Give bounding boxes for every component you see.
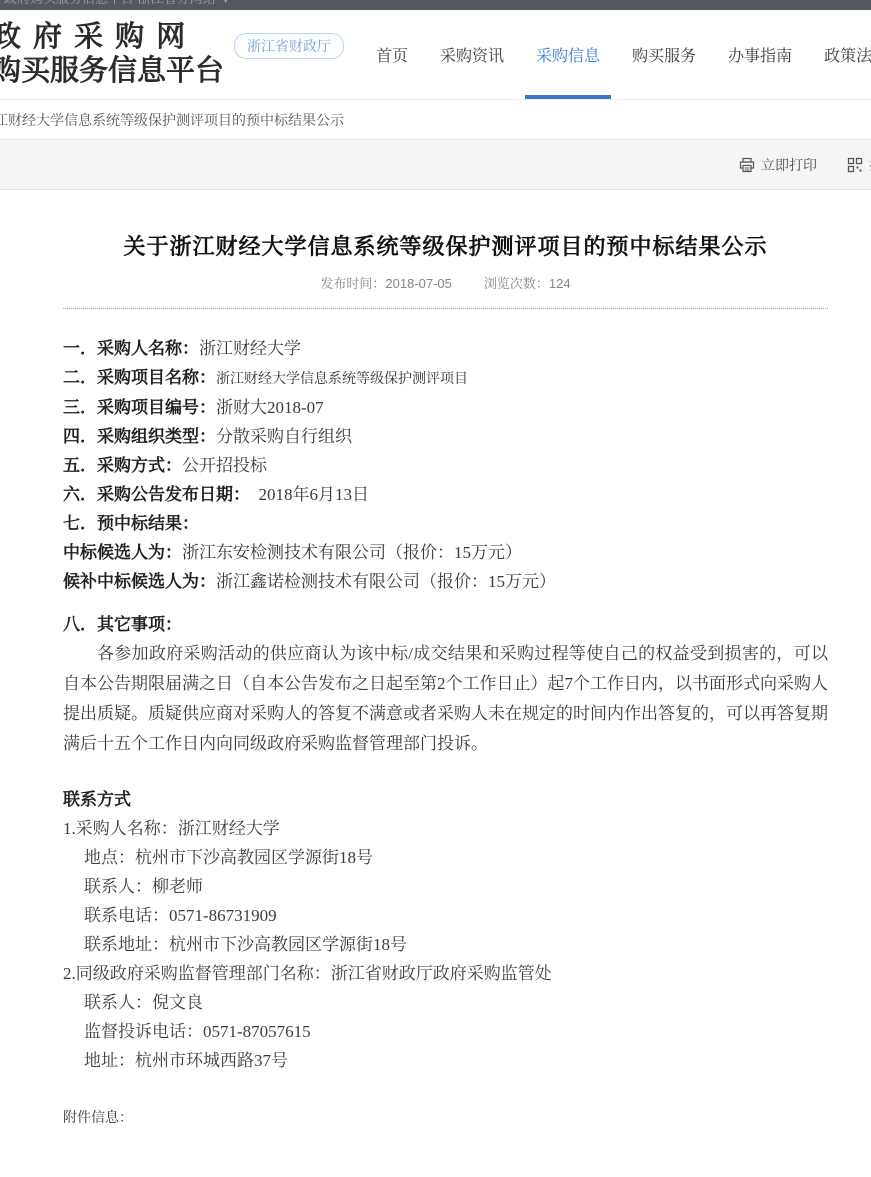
tool-band: 立即打印 扫 — [0, 139, 871, 190]
nav-item-guide[interactable]: 办事指南 — [728, 10, 792, 99]
article-meta: 发布时间：2018-07-05 浏览次数：124 — [63, 273, 828, 292]
nav-item-policy[interactable]: 政策法规 — [824, 10, 871, 99]
contact-line: 地址：杭州市环城西路37号 — [63, 1046, 828, 1075]
printer-icon — [739, 157, 755, 173]
field-row: 三．采购项目编号：浙财大2018-07 — [63, 393, 828, 422]
view-count: 浏览次数：124 — [484, 273, 571, 292]
nav-item-procurement-info[interactable]: 采购信息 — [536, 10, 600, 99]
top-strip: 政府购买服务信息平台 浙江省分网站 ▼ — [0, 0, 871, 10]
publish-date: 发布时间：2018-07-05 — [320, 273, 452, 292]
main-nav: 首页 采购资讯 采购信息 购买服务 办事指南 政策法规 — [344, 10, 871, 99]
field-row: 一．采购人名称：浙江财经大学 — [63, 334, 828, 363]
other-matters-label: 八．其它事项： — [63, 610, 828, 639]
nav-item-purchase-service[interactable]: 购买服务 — [632, 10, 696, 99]
field-label: 六．采购公告发布日期： — [63, 485, 242, 504]
print-button-label: 立即打印 — [761, 155, 817, 175]
field-label: 二．采购项目名称： — [63, 368, 216, 387]
nav-item-home[interactable]: 首页 — [376, 10, 408, 99]
contact-line: 地点：杭州市下沙高教园区学源街18号 — [63, 843, 828, 872]
region-badge: 浙江省财政厅 — [234, 33, 344, 59]
article-body: 一．采购人名称：浙江财经大学 二．采购项目名称：浙江财经大学信息系统等级保护测评… — [63, 334, 828, 1127]
field-row: 七．预中标结果： — [63, 509, 828, 538]
field-value: 公开招投标 — [182, 456, 267, 475]
qr-code-icon — [847, 157, 863, 173]
contact-line: 1.采购人名称：浙江财经大学 — [63, 814, 828, 843]
field-label: 候补中标候选人为： — [63, 572, 216, 591]
field-row: 五．采购方式：公开招投标 — [63, 451, 828, 480]
field-row: 二．采购项目名称：浙江财经大学信息系统等级保护测评项目 — [63, 363, 828, 393]
field-value: 2018年6月13日 — [242, 485, 370, 504]
field-value: 浙江东安检测技术有限公司（报价：15万元） — [182, 543, 522, 562]
print-button[interactable]: 立即打印 — [739, 155, 817, 175]
field-row: 四．采购组织类型：分散采购自行组织 — [63, 422, 828, 451]
breadcrumb: 江财经大学信息系统等级保护测评项目的预中标结果公示 — [0, 110, 344, 130]
page-title: 关于浙江财经大学信息系统等级保护测评项目的预中标结果公示 — [63, 232, 828, 262]
field-value: 分散采购自行组织 — [216, 427, 352, 446]
other-matters-paragraph: 各参加政府采购活动的供应商认为该中标/成交结果和采购过程等使自己的权益受到损害的… — [63, 639, 828, 759]
site-logo[interactable]: 政 府 采 购 网 购买服务信息平台 — [0, 21, 224, 88]
contact-section: 联系方式 1.采购人名称：浙江财经大学 地点：杭州市下沙高教园区学源街18号 联… — [63, 785, 828, 1075]
site-switcher[interactable]: 政府购买服务信息平台 浙江省分网站 ▼ — [4, 0, 232, 9]
breadcrumb-row: 江财经大学信息系统等级保护测评项目的预中标结果公示 — [0, 100, 871, 139]
header: 政 府 采 购 网 购买服务信息平台 浙江省财政厅 首页 采购资讯 采购信息 购… — [0, 10, 871, 100]
contact-line: 联系人：倪文良 — [63, 988, 828, 1017]
field-value: 浙江财经大学信息系统等级保护测评项目 — [216, 370, 468, 386]
field-label: 七．预中标结果： — [63, 514, 199, 533]
field-value: 浙财大2018-07 — [216, 398, 324, 417]
field-label: 三．采购项目编号： — [63, 398, 216, 417]
field-label: 四．采购组织类型： — [63, 427, 216, 446]
field-row: 候补中标候选人为：浙江鑫诺检测技术有限公司（报价：15万元） — [63, 567, 828, 596]
attachments-label: 附件信息： — [63, 1107, 828, 1127]
article: 关于浙江财经大学信息系统等级保护测评项目的预中标结果公示 发布时间：2018-0… — [0, 190, 871, 1127]
logo-line1: 政 府 采 购 网 — [0, 21, 224, 54]
other-matters-section: 八．其它事项： 各参加政府采购活动的供应商认为该中标/成交结果和采购过程等使自己… — [63, 610, 828, 759]
field-row: 六．采购公告发布日期： 2018年6月13日 — [63, 480, 828, 509]
field-label: 一．采购人名称： — [63, 339, 199, 358]
divider — [63, 308, 828, 309]
field-label: 五．采购方式： — [63, 456, 182, 475]
contact-line: 联系地址：杭州市下沙高教园区学源街18号 — [63, 930, 828, 959]
contact-line: 2.同级政府采购监督管理部门名称：浙江省财政厅政府采购监管处 — [63, 959, 828, 988]
logo-line2: 购买服务信息平台 — [0, 55, 224, 88]
field-row: 中标候选人为：浙江东安检测技术有限公司（报价：15万元） — [63, 538, 828, 567]
field-value: 浙江鑫诺检测技术有限公司（报价：15万元） — [216, 572, 556, 591]
contact-line: 联系电话：0571-86731909 — [63, 901, 828, 930]
field-label: 中标候选人为： — [63, 543, 182, 562]
contact-line: 联系人：柳老师 — [63, 872, 828, 901]
contact-line: 监督投诉电话：0571-87057615 — [63, 1017, 828, 1046]
scan-button[interactable]: 扫 — [847, 155, 871, 175]
field-value: 浙江财经大学 — [199, 339, 301, 358]
nav-item-news[interactable]: 采购资讯 — [440, 10, 504, 99]
contact-heading: 联系方式 — [63, 785, 828, 814]
